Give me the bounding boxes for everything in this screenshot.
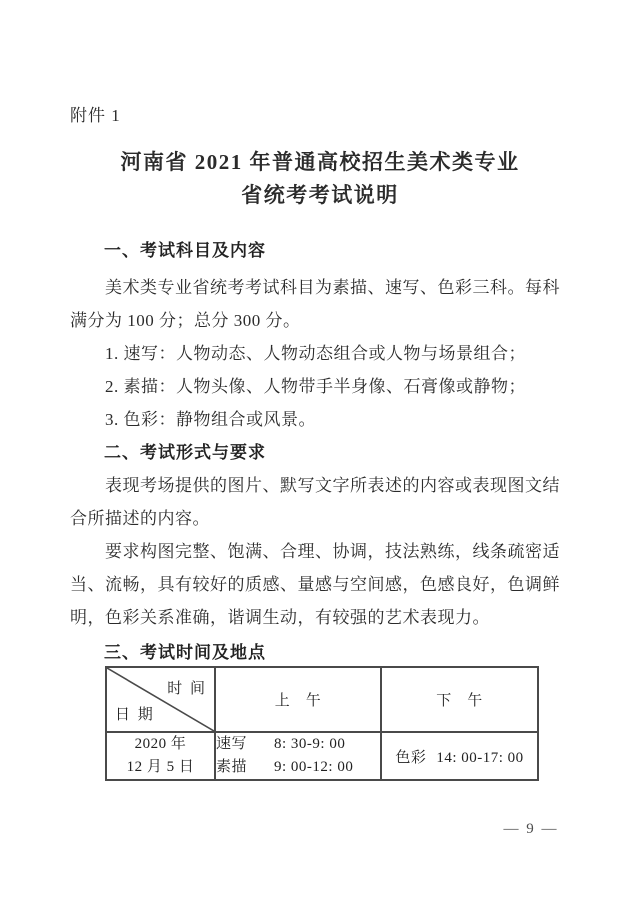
time-color: 14: 00-17: 00 bbox=[436, 750, 523, 766]
table-header-row: 时 间 日 期 上 午 下 午 bbox=[106, 667, 538, 732]
column-header-afternoon: 下 午 bbox=[381, 667, 538, 732]
table-corner-cell: 时 间 日 期 bbox=[106, 667, 215, 732]
page-number: — 9 — bbox=[488, 821, 574, 838]
section1-item-list: 1. 速写：人物动态、人物动态组合或人物与场景组合； 2. 素描：人物头像、人物… bbox=[70, 337, 580, 436]
morning-schedule-cell: 速写 8: 30-9: 00 素描 9: 00-12: 00 bbox=[215, 732, 381, 780]
document-page: 附件 1 河南省 2021 年普通高校招生美术类专业 省统考考试说明 一、考试科… bbox=[0, 0, 640, 905]
document-title-line1: 河南省 2021 年普通高校招生美术类专业 bbox=[0, 146, 640, 179]
subject-drawing: 素描 bbox=[216, 756, 274, 779]
time-drawing: 9: 00-12: 00 bbox=[274, 756, 353, 779]
time-sketch: 8: 30-9: 00 bbox=[274, 733, 345, 756]
table-data-row: 2020 年 12 月 5 日 速写 8: 30-9: 00 素描 9: 00-… bbox=[106, 732, 538, 780]
schedule-entry: 速写 8: 30-9: 00 bbox=[216, 733, 380, 756]
section1-heading: 一、考试科目及内容 bbox=[104, 239, 584, 263]
paragraph-line: 满分为 100 分；总分 300 分。 bbox=[70, 304, 580, 337]
exam-date-cell: 2020 年 12 月 5 日 bbox=[106, 732, 215, 780]
exam-date-year: 2020 年 bbox=[107, 733, 214, 756]
exam-schedule-table: 时 间 日 期 上 午 下 午 2020 年 12 月 5 日 速写 8: 30… bbox=[105, 666, 539, 781]
paragraph-line: 明，色彩关系准确，谐调生动，有较强的艺术表现力。 bbox=[70, 601, 580, 634]
section3-heading: 三、考试时间及地点 bbox=[104, 641, 584, 665]
paragraph-line: 表现考场提供的图片、默写文字所表述的内容或表现图文结 bbox=[70, 469, 580, 502]
paragraph-line: 合所描述的内容。 bbox=[70, 502, 580, 535]
section2-paragraph2: 要求构图完整、饱满、合理、协调，技法熟练，线条疏密适 当、流畅，具有较好的质感、… bbox=[70, 535, 580, 634]
subject-sketch: 速写 bbox=[216, 733, 274, 756]
list-item-sketch: 1. 速写：人物动态、人物动态组合或人物与场景组合； bbox=[105, 337, 580, 370]
list-item-drawing: 2. 素描：人物头像、人物带手半身像、石膏像或静物； bbox=[105, 370, 580, 403]
document-title: 河南省 2021 年普通高校招生美术类专业 省统考考试说明 bbox=[0, 146, 640, 212]
exam-date-day: 12 月 5 日 bbox=[107, 756, 214, 779]
section1-paragraph: 美术类专业省统考考试科目为素描、速写、色彩三科。每科 满分为 100 分；总分 … bbox=[70, 271, 580, 337]
paragraph-line: 要求构图完整、饱满、合理、协调，技法熟练，线条疏密适 bbox=[70, 535, 580, 568]
paragraph-line: 美术类专业省统考考试科目为素描、速写、色彩三科。每科 bbox=[70, 271, 580, 304]
corner-label-date: 日 期 bbox=[115, 703, 155, 724]
list-item-color: 3. 色彩：静物组合或风景。 bbox=[105, 403, 580, 436]
paragraph-line: 当、流畅，具有较好的质感、量感与空间感，色感良好，色调鲜 bbox=[70, 568, 580, 601]
column-header-morning: 上 午 bbox=[215, 667, 381, 732]
section2-paragraph1: 表现考场提供的图片、默写文字所表述的内容或表现图文结 合所描述的内容。 bbox=[70, 469, 580, 535]
schedule-entry: 素描 9: 00-12: 00 bbox=[216, 756, 380, 779]
section2-heading: 二、考试形式与要求 bbox=[104, 441, 584, 465]
afternoon-schedule-cell: 色彩14: 00-17: 00 bbox=[381, 732, 538, 780]
corner-label-time: 时 间 bbox=[167, 677, 207, 698]
subject-color: 色彩 bbox=[395, 750, 426, 766]
attachment-label: 附件 1 bbox=[70, 101, 121, 126]
document-title-line2: 省统考考试说明 bbox=[0, 179, 640, 212]
